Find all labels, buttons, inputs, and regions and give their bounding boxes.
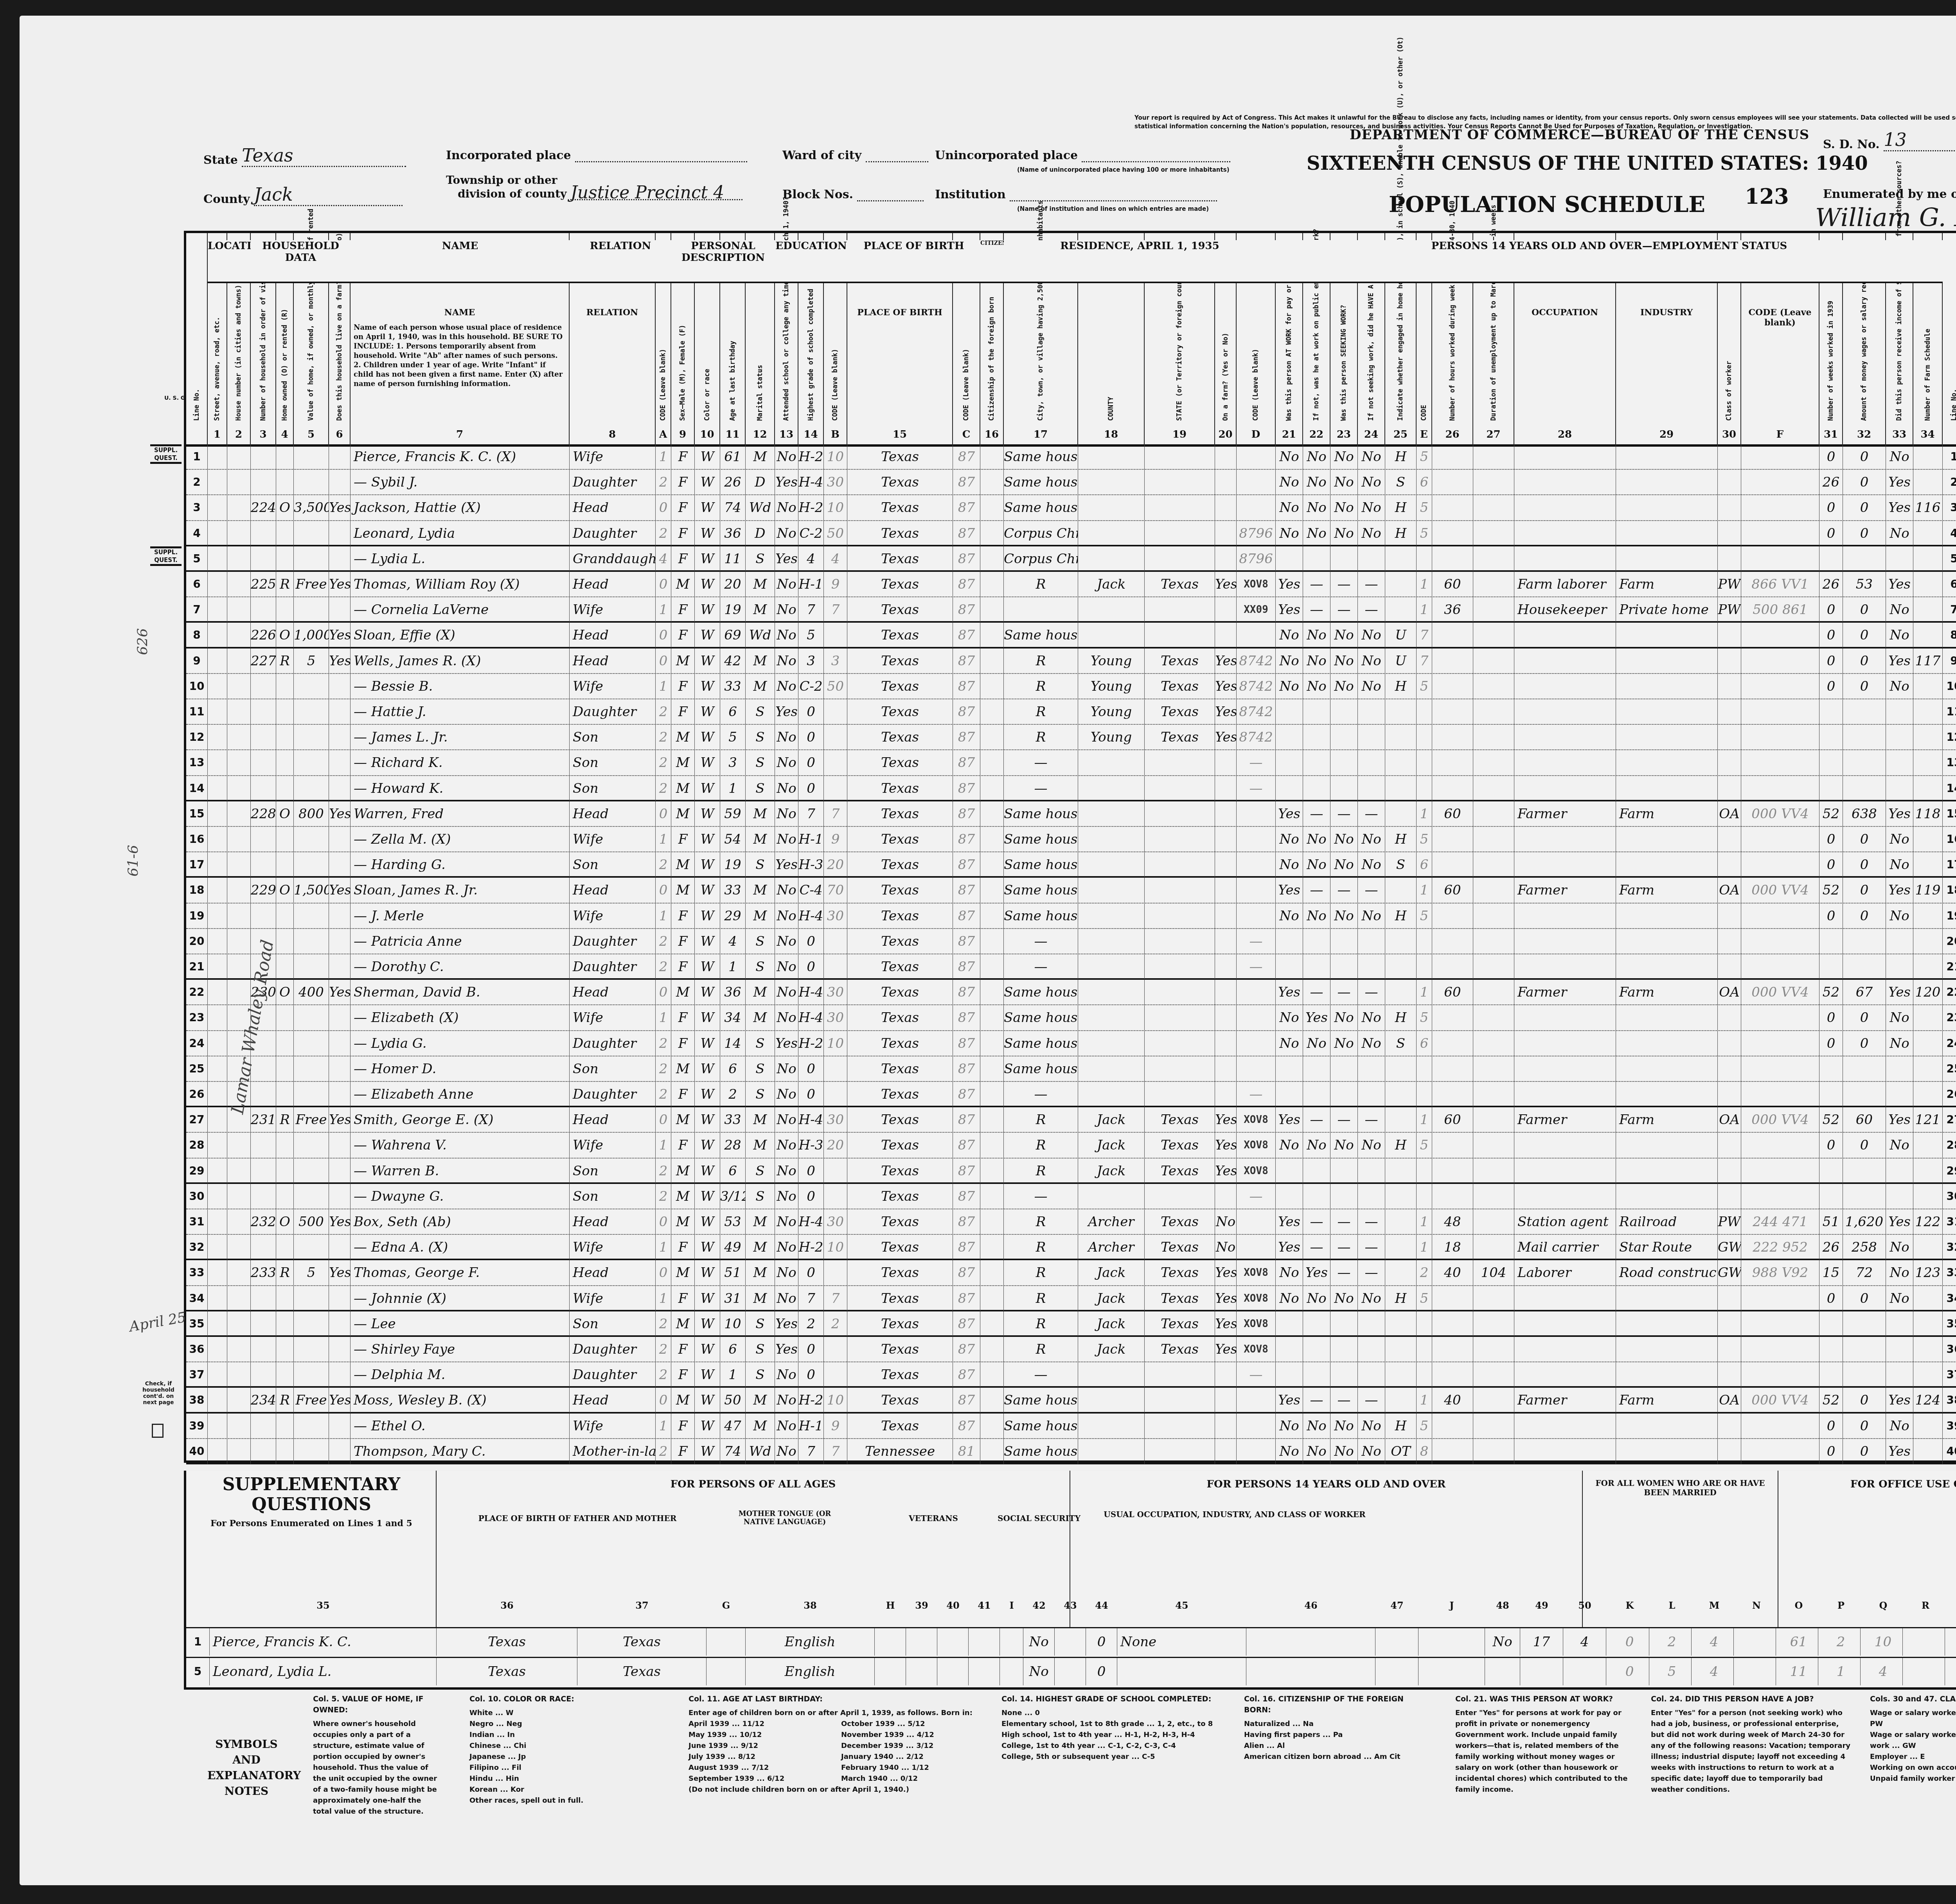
cell-ms: S	[746, 1056, 775, 1081]
cell-c31: 0	[1819, 904, 1843, 929]
cell-res20	[1215, 1082, 1237, 1107]
cell-res20: Yes	[1215, 699, 1237, 724]
cell-c22: No	[1303, 444, 1330, 469]
cell-cf	[1741, 954, 1819, 979]
cell-c32: 0	[1843, 1031, 1886, 1056]
cell-ind	[1616, 1184, 1718, 1209]
cell-ca: 2	[656, 1184, 671, 1209]
cell-own	[276, 444, 294, 469]
cell-res20	[1215, 827, 1237, 852]
cell-ca: 2	[656, 852, 671, 877]
cell-value	[294, 546, 329, 571]
cell-res18: Young	[1078, 674, 1145, 699]
cell-sch: Yes	[775, 1311, 798, 1336]
cell-c26	[1432, 954, 1473, 979]
cell-c21: Yes	[1276, 1388, 1303, 1413]
cell-c32: 0	[1843, 878, 1886, 903]
ward-field: Ward of city	[782, 149, 928, 162]
cell-sex: F	[671, 954, 695, 979]
cell-ms: Wd	[746, 495, 775, 520]
cell-occ: Farmer	[1514, 801, 1616, 826]
cell-line: 13	[186, 750, 208, 775]
cell-c26	[1432, 904, 1473, 929]
cell-c32: 0	[1843, 521, 1886, 546]
cell-street	[208, 1082, 227, 1107]
cell-c25	[1385, 1260, 1417, 1285]
cell-c22: No	[1303, 1414, 1330, 1439]
race-code-item: White ... W	[469, 1708, 665, 1719]
cell-cf	[1741, 699, 1819, 724]
cell-c33: No	[1886, 521, 1913, 546]
cell-cc: 87	[953, 572, 980, 597]
cell-grade: 0	[798, 750, 824, 775]
cell-grade: H-2	[798, 444, 824, 469]
cell-sch: Yes	[775, 470, 798, 495]
cell-line: 35	[186, 1311, 208, 1336]
cell-ce: 7	[1417, 623, 1432, 648]
cell-rel: Son	[570, 1159, 656, 1184]
cell-line: 36	[186, 1337, 208, 1362]
cell-c22: No	[1303, 648, 1330, 674]
cell-ms: S	[746, 776, 775, 801]
census-title: SIXTEENTH CENSUS OF THE UNITED STATES: 1…	[1307, 153, 1868, 174]
cell-c24: —	[1358, 572, 1385, 597]
cell-own: R	[276, 648, 294, 674]
cell-c25: S	[1385, 852, 1417, 877]
cell-c23: No	[1330, 521, 1358, 546]
cell-sex: F	[671, 1133, 695, 1158]
cell-c31	[1819, 1311, 1843, 1336]
office-cell	[1906, 1658, 1945, 1685]
office-col-letter: N	[1737, 1600, 1776, 1611]
table-row: 31232O500YesBox, Seth (Ab)Head0MW53MNoH-…	[186, 1209, 1956, 1235]
cell-rel: Daughter	[570, 1362, 656, 1387]
cell-line: 2	[186, 470, 208, 495]
cell-c31: 0	[1819, 521, 1843, 546]
cell-cf	[1741, 1056, 1819, 1081]
cell-sex: M	[671, 725, 695, 750]
suppl-quest-marker: SUPPL. QUEST.	[150, 546, 182, 566]
cell-c24: No	[1358, 623, 1385, 648]
cell-cf	[1741, 623, 1819, 648]
cell-farm: Yes	[329, 1209, 351, 1234]
cell-own	[276, 1337, 294, 1362]
cell-sch: No	[775, 1056, 798, 1081]
cell-birth: Texas	[847, 495, 953, 520]
cell-ms: M	[746, 597, 775, 622]
cell-ms: S	[746, 1337, 775, 1362]
cell-ca: 2	[656, 1362, 671, 1387]
cell-ca: 1	[656, 1005, 671, 1030]
table-row: 32— Edna A. (X)Wife1FW49MNoH-210Texas87R…	[186, 1235, 1956, 1260]
cell-c25	[1385, 1056, 1417, 1081]
cell-own	[276, 1439, 294, 1464]
cell-res19: Texas	[1145, 1159, 1215, 1184]
cell-house	[251, 776, 276, 801]
cell-res20	[1215, 1362, 1237, 1387]
cell-ca: 2	[656, 1082, 671, 1107]
cell-cls	[1718, 648, 1741, 674]
cell-sex: M	[671, 750, 695, 775]
cell-res20	[1215, 852, 1237, 877]
cell-c33: No	[1886, 1260, 1913, 1285]
cell-street	[208, 1056, 227, 1081]
cell-race: W	[695, 444, 720, 469]
cell-ce	[1417, 699, 1432, 724]
note-col21: Col. 21. WAS THIS PERSON AT WORK? Enter …	[1455, 1694, 1635, 1795]
cell-ce: 5	[1417, 1005, 1432, 1030]
cell-ms: M	[746, 1388, 775, 1413]
cell-rel: Son	[570, 1311, 656, 1336]
cell-birth: Texas	[847, 1184, 953, 1209]
cell-farm	[329, 1286, 351, 1311]
cell-c26: 40	[1432, 1260, 1473, 1285]
explanatory-notes: SYMBOLS AND EXPLANATORY NOTES Col. 5. VA…	[196, 1694, 1956, 1866]
cell-ms: M	[746, 1260, 775, 1285]
cell-cit	[980, 1056, 1004, 1081]
group-header-name: NAME	[351, 240, 570, 283]
cell-cd: XOV8	[1237, 1337, 1276, 1362]
cell-house_no	[227, 597, 251, 622]
cell-c24: No	[1358, 904, 1385, 929]
cell-street	[208, 444, 227, 469]
supp-cell-h	[875, 1658, 906, 1685]
cell-res17: Same house	[1004, 1056, 1078, 1081]
cell-line: 29	[186, 1159, 208, 1184]
cell-c22: No	[1303, 1031, 1330, 1056]
cell-house_no	[227, 1337, 251, 1362]
cell-street	[208, 470, 227, 495]
cell-c21: No	[1276, 852, 1303, 877]
cell-res17: Same house	[1004, 1005, 1078, 1030]
cell-farm: Yes	[329, 495, 351, 520]
cell-c33	[1886, 546, 1913, 571]
cell-line: 26	[186, 1082, 208, 1107]
cell-c23: —	[1330, 572, 1358, 597]
cell-ce: 6	[1417, 1031, 1432, 1056]
margin-note-616: 61-6	[125, 845, 141, 877]
cell-c21	[1276, 546, 1303, 571]
cell-line: 22	[186, 980, 208, 1005]
cell-c31: 52	[1819, 1388, 1843, 1413]
cell-age: 1	[720, 776, 746, 801]
cell-c27	[1473, 801, 1514, 826]
cell-c21: Yes	[1276, 1235, 1303, 1260]
cell-c22	[1303, 750, 1330, 775]
cell-c34	[1913, 954, 1943, 979]
supp-cell-c39	[906, 1658, 937, 1685]
cell-age: 69	[720, 623, 746, 648]
cell-ca: 0	[656, 495, 671, 520]
cell-own	[276, 470, 294, 495]
cell-line: 31	[1943, 1209, 1956, 1234]
cell-c32	[1843, 1311, 1886, 1336]
cell-birth: Texas	[847, 1159, 953, 1184]
cell-c26	[1432, 1286, 1473, 1311]
cell-cc: 87	[953, 1286, 980, 1311]
cell-house	[251, 1414, 276, 1439]
cell-race: W	[695, 1031, 720, 1056]
cell-birth: Texas	[847, 1362, 953, 1387]
cell-race: W	[695, 1362, 720, 1387]
cell-age: 4	[720, 929, 746, 954]
cell-birth: Texas	[847, 1414, 953, 1439]
cell-cd	[1237, 495, 1276, 520]
cell-c26	[1432, 750, 1473, 775]
cell-c26	[1432, 546, 1473, 571]
cell-c27	[1473, 1439, 1514, 1464]
cell-grade: C-4	[798, 878, 824, 903]
cell-c24: —	[1358, 1388, 1385, 1413]
cell-c22: —	[1303, 1235, 1330, 1260]
cell-c31: 0	[1819, 1005, 1843, 1030]
cell-house_no	[227, 1209, 251, 1234]
cell-cc: 87	[953, 674, 980, 699]
cell-res18: Jack	[1078, 572, 1145, 597]
cell-line: 7	[186, 597, 208, 622]
cell-name: — Richard K.	[351, 750, 570, 775]
cell-c27	[1473, 750, 1514, 775]
cell-c31: 26	[1819, 1235, 1843, 1260]
cell-street	[208, 980, 227, 1005]
cell-ca: 2	[656, 1337, 671, 1362]
cell-cit	[980, 1337, 1004, 1362]
cell-res19	[1145, 1005, 1215, 1030]
cell-farm	[329, 699, 351, 724]
cell-age: 29	[720, 904, 746, 929]
cell-occ: Farmer	[1514, 1107, 1616, 1132]
cell-c26	[1432, 1337, 1473, 1362]
cell-res18	[1078, 954, 1145, 979]
cell-street	[208, 827, 227, 852]
cell-cit	[980, 1082, 1004, 1107]
cell-c26	[1432, 470, 1473, 495]
office-cell: 4	[1695, 1628, 1734, 1656]
cell-race: W	[695, 623, 720, 648]
cell-age: 53	[720, 1209, 746, 1234]
cell-sch: Yes	[775, 1031, 798, 1056]
cell-age: 20	[720, 572, 746, 597]
cell-occ: Farm laborer	[1514, 572, 1616, 597]
cell-rel: Head	[570, 1209, 656, 1234]
cell-cit	[980, 1362, 1004, 1387]
cell-own	[276, 1133, 294, 1158]
cell-race: W	[695, 470, 720, 495]
cell-cit	[980, 1439, 1004, 1464]
cell-cf	[1741, 521, 1819, 546]
cell-c32: 67	[1843, 980, 1886, 1005]
cell-house_no	[227, 1260, 251, 1285]
cell-ind	[1616, 1286, 1718, 1311]
table-row: 15228O800YesWarren, FredHead0MW59MNo77Te…	[186, 801, 1956, 827]
cell-c25: S	[1385, 470, 1417, 495]
cell-cd: XOV8	[1237, 1260, 1276, 1285]
group-header-household: HOUSEHOLD DATA	[251, 240, 351, 283]
cell-c23: No	[1330, 1031, 1358, 1056]
cell-birth: Texas	[847, 1311, 953, 1336]
group-header-birth: PLACE OF BIRTH	[847, 240, 980, 283]
cell-res17: Same house	[1004, 801, 1078, 826]
cell-grade: C-2	[798, 674, 824, 699]
cell-res20	[1215, 1414, 1237, 1439]
cell-line: 27	[1943, 1107, 1956, 1132]
cell-c25: H	[1385, 521, 1417, 546]
cell-cls	[1718, 1311, 1741, 1336]
cell-c32: 0	[1843, 1414, 1886, 1439]
cell-res19: Texas	[1145, 1286, 1215, 1311]
cell-c23	[1330, 1362, 1358, 1387]
cell-ind: Farm	[1616, 980, 1718, 1005]
cell-occ	[1514, 776, 1616, 801]
cell-line: 22	[1943, 980, 1956, 1005]
cell-grade: H-4	[798, 1209, 824, 1234]
cell-c24	[1358, 699, 1385, 724]
cell-farm	[329, 852, 351, 877]
cell-cls	[1718, 904, 1741, 929]
cell-ce: 2	[1417, 1260, 1432, 1285]
cell-cc: 87	[953, 827, 980, 852]
cell-house	[251, 750, 276, 775]
cell-c33: No	[1886, 904, 1913, 929]
cell-farm	[329, 904, 351, 929]
cell-cit	[980, 444, 1004, 469]
cell-birth: Texas	[847, 1107, 953, 1132]
cell-sch: No	[775, 444, 798, 469]
cell-res20	[1215, 904, 1237, 929]
cell-race: W	[695, 1107, 720, 1132]
supp-cell-c43	[1055, 1628, 1086, 1656]
cell-cls	[1718, 1286, 1741, 1311]
cell-farm: Yes	[329, 1107, 351, 1132]
cell-grade: 5	[798, 623, 824, 648]
cell-c32: 0	[1843, 674, 1886, 699]
cell-own: O	[276, 878, 294, 903]
cell-rel: Daughter	[570, 521, 656, 546]
cell-ca: 1	[656, 1133, 671, 1158]
cell-ce	[1417, 1159, 1432, 1184]
cell-c31: 26	[1819, 572, 1843, 597]
cell-c23	[1330, 1337, 1358, 1362]
cell-street	[208, 1133, 227, 1158]
cell-c23: —	[1330, 1260, 1358, 1285]
cell-cf: 000 VV4	[1741, 878, 1819, 903]
note-col10: Col. 10. COLOR OR RACE: White ... WNegro…	[469, 1694, 665, 1806]
cell-cf	[1741, 1362, 1819, 1387]
cell-name: Wells, James R. (X)	[351, 648, 570, 674]
cell-ca: 0	[656, 1209, 671, 1234]
cell-sch: No	[775, 1133, 798, 1158]
cell-ce	[1417, 1056, 1432, 1081]
cell-line: 6	[186, 572, 208, 597]
cell-c34	[1913, 929, 1943, 954]
cell-line: 9	[186, 648, 208, 674]
cell-line: 25	[186, 1056, 208, 1081]
cell-c26	[1432, 725, 1473, 750]
cell-ce: 5	[1417, 1286, 1432, 1311]
incorporated-place-field: Incorporated place	[446, 149, 747, 162]
cell-c34	[1913, 1311, 1943, 1336]
cell-sex: F	[671, 597, 695, 622]
cell-age: 3	[720, 750, 746, 775]
table-row: 39— Ethel O.Wife1FW47MNoH-19Texas87Same …	[186, 1414, 1956, 1439]
race-code-item: Hindu ... Hin	[469, 1773, 665, 1784]
cell-house	[251, 444, 276, 469]
cell-name: Box, Seth (Ab)	[351, 1209, 570, 1234]
cell-rel: Daughter	[570, 954, 656, 979]
cell-race: W	[695, 1005, 720, 1030]
cell-c23	[1330, 546, 1358, 571]
cell-cd	[1237, 878, 1276, 903]
age-fraction-item: March 1940 ... 0/12	[841, 1773, 978, 1784]
cell-house_no	[227, 776, 251, 801]
cell-sex: F	[671, 1005, 695, 1030]
county-field: County Jack	[203, 184, 403, 206]
cell-line: 20	[186, 929, 208, 954]
cell-res18	[1078, 980, 1145, 1005]
cell-sch: Yes	[775, 699, 798, 724]
cell-c27	[1473, 1005, 1514, 1030]
office-cell	[1737, 1658, 1776, 1685]
cell-house_no	[227, 572, 251, 597]
cell-res17: R	[1004, 1286, 1078, 1311]
cell-c31	[1819, 546, 1843, 571]
cell-c27	[1473, 674, 1514, 699]
cell-farm	[329, 1439, 351, 1464]
cell-c22: No	[1303, 521, 1330, 546]
cell-c21: No	[1276, 470, 1303, 495]
cell-sch: No	[775, 1362, 798, 1387]
cell-farm: Yes	[329, 980, 351, 1005]
cell-cf	[1741, 1005, 1819, 1030]
citizenship-code-item: American citizen born abroad ... Am Cit	[1244, 1751, 1432, 1762]
cell-cb	[824, 623, 847, 648]
cell-res18	[1078, 750, 1145, 775]
cell-res18: Jack	[1078, 1107, 1145, 1132]
cell-line: 16	[1943, 827, 1956, 852]
cell-c25	[1385, 1209, 1417, 1234]
cell-c33	[1886, 929, 1913, 954]
continued-checkbox[interactable]	[152, 1424, 164, 1438]
cell-farm	[329, 1235, 351, 1260]
group-all-ages: FOR PERSONS OF ALL AGES	[437, 1478, 1070, 1490]
cell-c24: No	[1358, 1414, 1385, 1439]
cell-value	[294, 827, 329, 852]
table-row: 26— Elizabeth AnneDaughter2FW2SNo0Texas8…	[186, 1082, 1956, 1107]
cell-cls: OA	[1718, 878, 1741, 903]
cell-value	[294, 597, 329, 622]
cell-res20	[1215, 980, 1237, 1005]
cell-age: 3/12	[720, 1184, 746, 1209]
office-cell: 61	[1779, 1628, 1818, 1656]
cell-c34: 124	[1913, 1388, 1943, 1413]
supp-cell-c49	[1520, 1658, 1563, 1685]
cell-sch: No	[775, 623, 798, 648]
cell-cc: 87	[953, 470, 980, 495]
office-cell: 11	[1779, 1658, 1818, 1685]
cell-race: W	[695, 1414, 720, 1439]
cell-ce: 1	[1417, 1209, 1432, 1234]
cell-res18	[1078, 597, 1145, 622]
cell-sch: No	[775, 648, 798, 674]
cell-c27	[1473, 648, 1514, 674]
cell-sex: F	[671, 1031, 695, 1056]
cell-street	[208, 1184, 227, 1209]
cell-res17: R	[1004, 1159, 1078, 1184]
cell-cf	[1741, 674, 1819, 699]
cell-c33	[1886, 1159, 1913, 1184]
cell-cls	[1718, 699, 1741, 724]
cell-c21	[1276, 725, 1303, 750]
